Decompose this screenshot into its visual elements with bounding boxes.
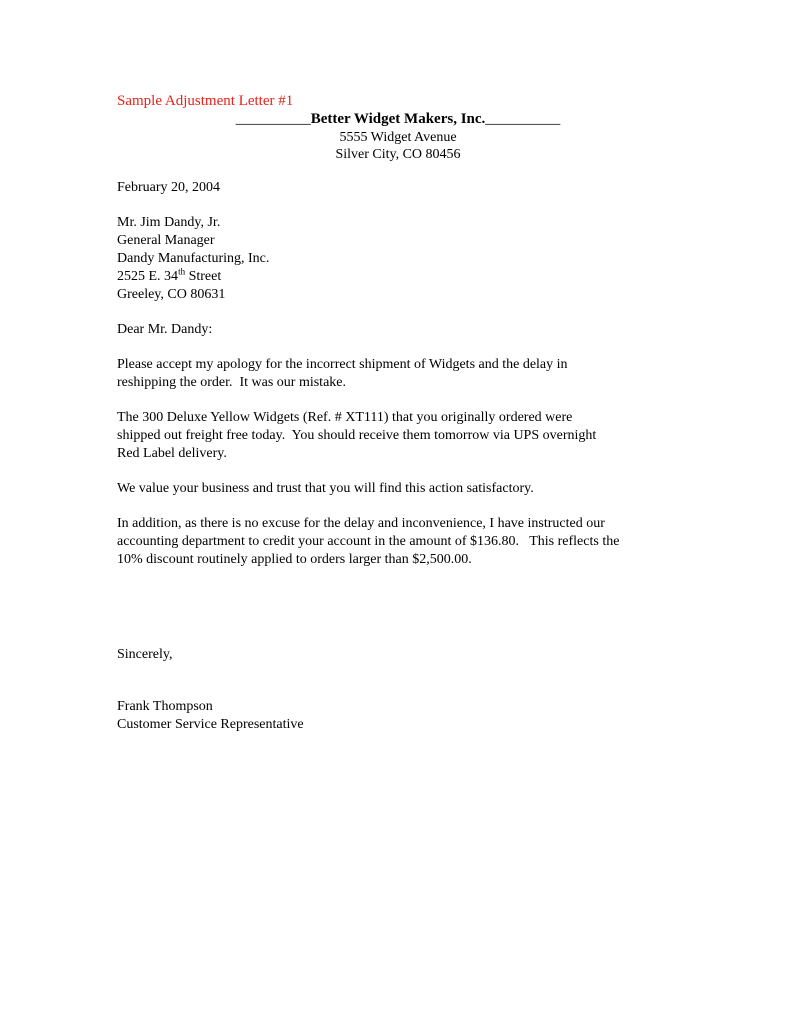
valediction: Sincerely, bbox=[117, 646, 679, 664]
paragraph-credit: In addition, as there is no excuse for t… bbox=[117, 515, 679, 569]
signer-name: Frank Thompson bbox=[117, 698, 679, 716]
letter-page: Sample Adjustment Letter #1 __________Be… bbox=[0, 0, 791, 1024]
recipient-street: 2525 E. 34th Street bbox=[117, 268, 679, 286]
company-name: Better Widget Makers, Inc. bbox=[311, 111, 486, 127]
letter-date: February 20, 2004 bbox=[117, 179, 679, 197]
letterhead: __________Better Widget Makers, Inc.____… bbox=[117, 110, 679, 163]
sample-letter-label: Sample Adjustment Letter #1 bbox=[117, 92, 679, 110]
signature-block: Frank Thompson Customer Service Represen… bbox=[117, 698, 679, 734]
company-name-line: __________Better Widget Makers, Inc.____… bbox=[117, 110, 679, 129]
underscore-rule-right: __________ bbox=[485, 111, 560, 127]
letterhead-street: 5555 Widget Avenue bbox=[117, 129, 679, 146]
paragraph-apology: Please accept my apology for the incorre… bbox=[117, 356, 679, 392]
signer-title: Customer Service Representative bbox=[117, 716, 679, 734]
letterhead-city: Silver City, CO 80456 bbox=[117, 146, 679, 163]
letter-content: Sample Adjustment Letter #1 __________Be… bbox=[117, 92, 679, 734]
salutation: Dear Mr. Dandy: bbox=[117, 321, 679, 339]
recipient-city: Greeley, CO 80631 bbox=[117, 286, 679, 304]
recipient-name: Mr. Jim Dandy, Jr. bbox=[117, 214, 679, 232]
recipient-address-block: Mr. Jim Dandy, Jr. General Manager Dandy… bbox=[117, 214, 679, 304]
recipient-street-rest: Street bbox=[185, 269, 221, 284]
recipient-job-title: General Manager bbox=[117, 232, 679, 250]
paragraph-value: We value your business and trust that yo… bbox=[117, 480, 679, 498]
recipient-street-number: 2525 E. 34 bbox=[117, 269, 178, 284]
paragraph-shipment: The 300 Deluxe Yellow Widgets (Ref. # XT… bbox=[117, 409, 679, 463]
recipient-company: Dandy Manufacturing, Inc. bbox=[117, 250, 679, 268]
underscore-rule-left: __________ bbox=[236, 111, 311, 127]
